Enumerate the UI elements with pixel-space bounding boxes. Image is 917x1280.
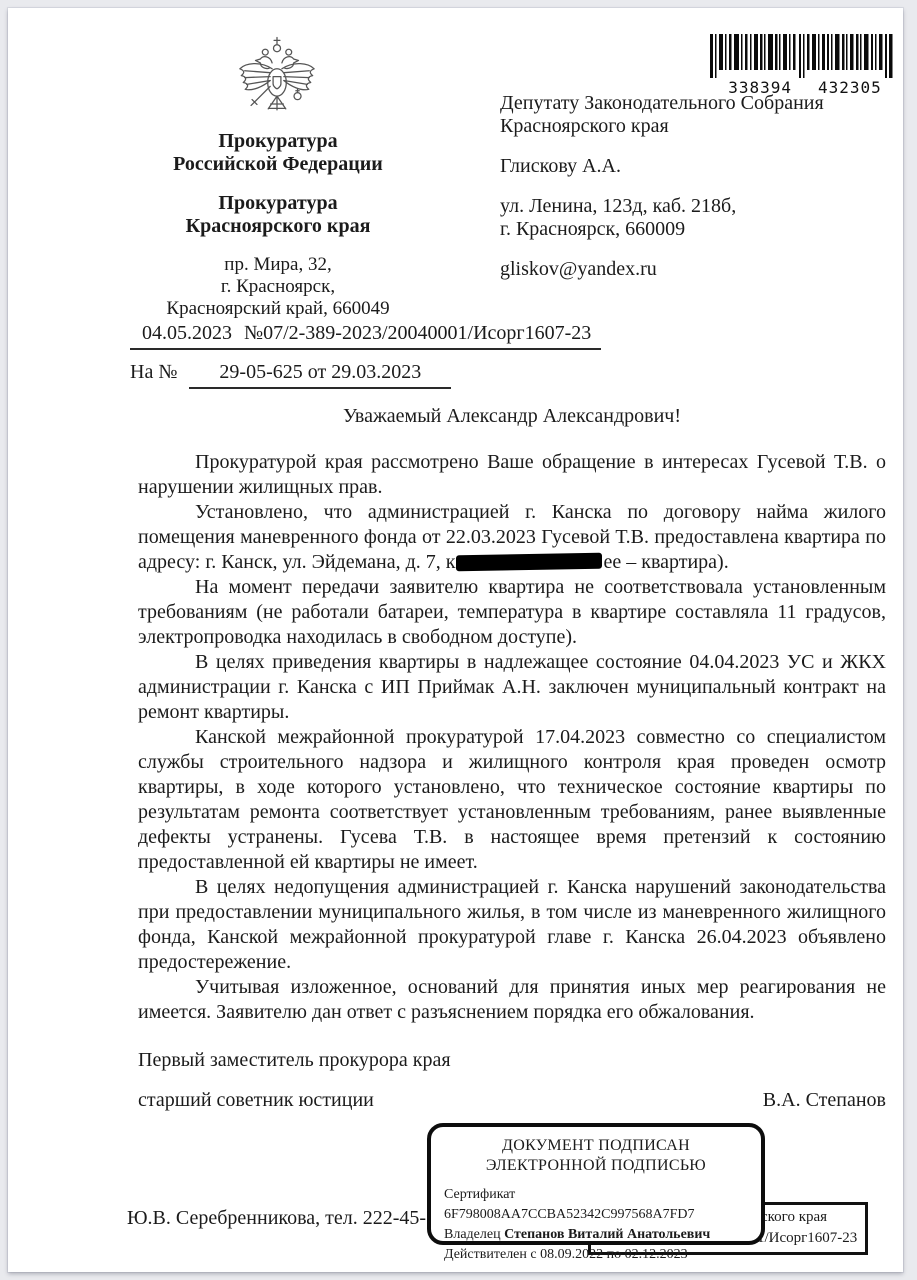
esign-owner-name: Степанов Виталий Анатольевич [504, 1227, 710, 1242]
recipient-address-line2: г. Красноярск, 660009 [500, 218, 824, 241]
org-name-krai-line2: Красноярского края [103, 215, 453, 238]
org-name-federation-line2: Российской Федерации [103, 153, 453, 176]
reply-reference-line: На №29-05-625 от 29.03.2023 [130, 361, 451, 389]
paragraph-7: Учитывая изложенное, оснований для приня… [138, 975, 886, 1025]
paragraph-2-after-redaction: ее – квартира). [603, 551, 728, 573]
esign-title-line2: ЭЛЕКТРОННОЙ ПОДПИСЬЮ [431, 1156, 761, 1176]
paragraph-5: Канской межрайонной прокуратурой 17.04.2… [138, 725, 886, 875]
esign-certificate-line: Сертификат 6F798008AA7CCBA52342C997568A7… [444, 1185, 761, 1225]
registration-stamp-text-fragment-1: ского края [761, 1209, 827, 1226]
russia-coat-of-arms-icon [233, 33, 321, 129]
letter-body: Уважаемый Александр Александрович! Проку… [138, 404, 886, 1025]
recipient-org-line1: Депутату Законодательного Собрания [500, 92, 824, 115]
reply-reference-value: 29-05-625 от 29.03.2023 [189, 361, 451, 389]
executor-contact: Ю.В. Серебренникова, тел. 222-45-5 [127, 1207, 436, 1230]
esign-validity-line: Действителен с 08.09.2022 по 02.12.2023 [444, 1245, 761, 1265]
esign-certificate-label: Сертификат [444, 1187, 515, 1202]
salutation: Уважаемый Александр Александрович! [138, 404, 886, 429]
recipient-email: gliskov@yandex.ru [500, 258, 824, 281]
letterhead: Прокуратура Российской Федерации Прокура… [103, 130, 453, 320]
esign-certificate-value: 6F798008AA7CCBA52342C997568A7FD7 [444, 1207, 694, 1222]
scanned-letter-screenshot: { "colors": { "page_background": "#e9eae… [0, 0, 917, 1280]
esign-owner-line: Владелец Степанов Виталий Анатольевич [444, 1225, 761, 1245]
barcode-bars-icon [710, 34, 896, 78]
paragraph-1: Прокуратурой края рассмотрено Ваше обращ… [138, 450, 886, 500]
paragraph-3: На момент передачи заявителю квартира не… [138, 575, 886, 650]
document-page: Прокуратура Российской Федерации Прокура… [8, 8, 903, 1272]
registration-stamp-text-fragment-2: 1/Исорг1607-23 [757, 1230, 857, 1247]
barcode-number-right: 432305 [818, 78, 882, 97]
registration-barcode: 338394 432305 [710, 34, 900, 97]
signer-position-line2: старший советник юстиции [138, 1088, 374, 1113]
sender-address-line2: г. Красноярск, [103, 276, 453, 298]
sender-address-line1: пр. Мира, 32, [103, 254, 453, 276]
outgoing-reference-line: 04.05.2023 №07/2-389-2023/20040001/Исорг… [130, 322, 601, 350]
signer-position-line1: Первый заместитель прокурора края [138, 1048, 886, 1073]
signature-block: Первый заместитель прокурора края старши… [138, 1048, 886, 1113]
redaction-bar [456, 553, 602, 572]
letter-date: 04.05.2023 [142, 322, 232, 345]
paragraph-6: В целях недопущения администрацией г. Ка… [138, 875, 886, 975]
letter-number: №07/2-389-2023/20040001/Исорг1607-23 [244, 322, 591, 345]
sender-address: пр. Мира, 32, г. Красноярск, Красноярски… [103, 254, 453, 320]
org-name-federation-line1: Прокуратура [103, 130, 453, 153]
signer-name: В.А. Степанов [763, 1088, 886, 1113]
esign-owner-label: Владелец [444, 1227, 501, 1242]
paragraph-4: В целях приведения квартиры в надлежащее… [138, 650, 886, 725]
electronic-signature-stamp: ДОКУМЕНТ ПОДПИСАН ЭЛЕКТРОННОЙ ПОДПИСЬЮ С… [427, 1123, 765, 1245]
sender-address-line3: Красноярский край, 660049 [103, 298, 453, 320]
recipient-name: Глискову А.А. [500, 155, 824, 178]
recipient-address-line1: ул. Ленина, 123д, каб. 218б, [500, 195, 824, 218]
reply-reference-label: На № [130, 361, 177, 383]
recipient-block: Депутату Законодательного Собрания Красн… [500, 92, 824, 281]
recipient-org-line2: Красноярского края [500, 115, 824, 138]
org-name-krai-line1: Прокуратура [103, 192, 453, 215]
paragraph-2: Установлено, что администрацией г. Канск… [138, 500, 886, 575]
esign-title-line1: ДОКУМЕНТ ПОДПИСАН [431, 1136, 761, 1156]
